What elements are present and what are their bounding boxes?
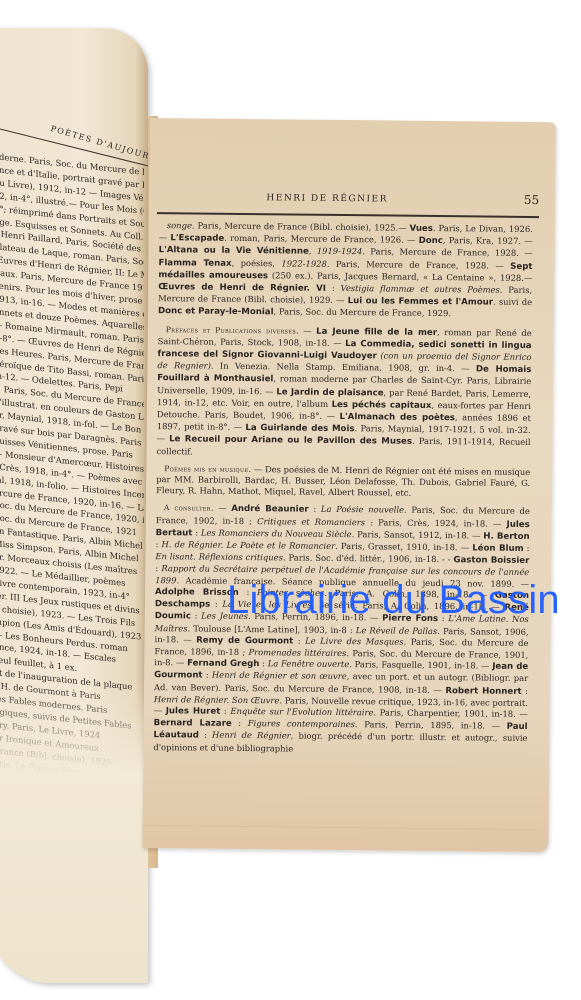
left-page-line: ary. Paris, Le Livre, 1924 [0, 718, 144, 747]
left-page-line: r H. de Gourmont à Paris [0, 679, 144, 708]
work-title: Robert Honnert [445, 686, 521, 697]
work-title: H. Berton [483, 531, 529, 541]
watermark: Librairie du Bassin [227, 578, 560, 623]
work-title: L'Almanach des poètes [340, 412, 455, 423]
left-page-line: France (Bibl. choisie), 1925 [0, 744, 144, 773]
work-title: André Beaunier [231, 504, 309, 515]
bibliography-text: songe. Paris, Mercure de France (Bibl. c… [153, 220, 533, 763]
italic-title: Le Réveil de Pallas [356, 625, 438, 636]
text-run: . Paris, Mercure de France (Bibl. choisi… [192, 220, 410, 232]
section-label: A consulter [164, 504, 211, 513]
work-title: Œuvres de Henri de Régnier. VI [158, 282, 326, 294]
work-title: Vues [409, 224, 433, 234]
running-head: HENRI DE RÉGNIER 55 [155, 188, 539, 214]
text-run: : [203, 670, 212, 680]
bibliography-paragraph: A consulter. — André Beaunier : La Poési… [153, 503, 530, 757]
text-run: , Paris, Soc. du Mercure de France, 1929… [274, 307, 452, 319]
left-page-line: mans. Paris, Albin Michel [0, 783, 144, 812]
work-title: Le Jardin de plaisance [276, 387, 383, 398]
text-run: (250 ex.). Paris, Jacques Bernard, « La … [268, 270, 532, 283]
running-head-title: HENRI DE RÉGNIER [155, 192, 499, 206]
text-run: : [293, 635, 305, 645]
work-title: Les péchés capitaux [332, 400, 432, 411]
text-run: . Paris, Mercure de France, 1928. — [327, 258, 510, 270]
left-page-line: Régnier. V. Poèmes divers [0, 795, 144, 824]
italic-title: 1919-1924 [317, 246, 363, 256]
italic-title: Figures contemporaines [248, 718, 355, 729]
text-run: : [232, 718, 248, 728]
italic-title: Les Romanciers du Nouveau Siècle [201, 527, 352, 539]
text-run: : [326, 283, 341, 293]
text-run: . In Venezia. Nella Stamp. Emiliana, 190… [211, 361, 476, 374]
italic-title: 1922-1928 [281, 258, 327, 268]
italic-title: songe [167, 220, 192, 230]
left-page-line: aris, Le Prisme Français [0, 757, 144, 786]
italic-title: H. de Régnier. Le Poète et le Romancier [161, 539, 335, 551]
text-run: , Paris, Kra, 1927. — [443, 235, 533, 246]
italic-title: Henri de Régnier et son œuvre [212, 670, 347, 681]
text-run: . Toulouse [L'Ame Latine], 1903, in-8 : [187, 623, 355, 635]
work-title: La Guirlande des Mois [245, 423, 354, 434]
work-title: Le Recueil pour Ariane ou le Pavillon de… [169, 435, 412, 448]
italic-title: Promenades littéraires [248, 647, 346, 658]
book-photo: POÈTES D'AUJOURD'HUI oderne. Paris, Soc.… [0, 0, 581, 1000]
text-run: : Paris, Crès, 1924, in-18. — [365, 517, 507, 528]
italic-title: Henri de Régnier [212, 730, 291, 741]
text-run: : [522, 685, 528, 695]
work-title: Léon Blum [472, 543, 523, 554]
italic-title: Le Livre des Masques [305, 635, 404, 646]
italic-title: La Poésie nouvelle [321, 504, 404, 515]
text-run: . Paris, Perrin, 1895, in-18. — [355, 719, 507, 731]
work-title: La Jeune fille de la mer [316, 326, 437, 337]
work-title: Jules Huret [166, 706, 221, 717]
left-page-text: oderne. Paris, Soc. du Mercure de France… [0, 158, 144, 816]
text-run: . — [296, 325, 316, 335]
text-run: . Paris, Charpentier, 1901, in-18. — [373, 707, 527, 719]
section-label: Préfaces et Publications diverses [166, 325, 296, 335]
left-page-line: les Fables modernes. Paris [0, 692, 144, 721]
text-run: : [524, 543, 530, 553]
right-page: HENRI DE RÉGNIER 55 songe. Paris, Mercur… [142, 118, 556, 852]
bibliography-paragraph: songe. Paris, Mercure de France (Bibl. c… [158, 220, 533, 322]
work-title: Gaston Boissier [453, 555, 529, 566]
bibliography-paragraph: Poèmes mis en musique. — Des poésies de … [156, 463, 530, 501]
italic-title: En lisant. Réflexions critiques [155, 551, 283, 562]
text-run: : [220, 706, 230, 716]
work-title: Remy de Gourmont [196, 635, 293, 646]
section-label: Poèmes mis en musique [164, 464, 248, 474]
italic-title: Critiques et Romanciers [257, 516, 365, 527]
italic-title: Enquête sur l'Evolution littéraire [230, 706, 373, 717]
text-run: : [309, 504, 321, 514]
page-fold-line [143, 825, 537, 830]
work-title: Lui ou les Femmes et l'Amour [348, 296, 493, 308]
page-number: 55 [524, 193, 539, 207]
work-title: L'Escapade [170, 233, 224, 244]
text-run: . roman, Paris, Mercure de France, 1926.… [224, 233, 418, 245]
text-run: . Paris, Mercure de France, 1928. — [362, 247, 532, 259]
italic-title: Henri de Régnier. Son Œuvre [154, 694, 280, 705]
bibliography-paragraph: Préfaces et Publications diverses. — La … [156, 324, 531, 461]
left-page-line: e Mercure de France, 1925 [0, 770, 144, 799]
left-page-line: er Ironique et Amoureux [0, 731, 144, 760]
work-title: Fernand Gregh [187, 659, 259, 670]
italic-title: La Fenêtre ouverte [268, 658, 350, 669]
work-title: L'Altana ou la Vie Vénitienne [159, 246, 309, 258]
work-title: Flamma Tenax [158, 258, 231, 269]
work-title: Donc [419, 236, 443, 246]
text-run: : [210, 599, 222, 609]
left-page-line: ugiques, suivis de Petites Fables [0, 705, 144, 734]
left-page-curled: POÈTES D'AUJOURD'HUI oderne. Paris, Soc.… [0, 28, 148, 983]
text-run: . Paris, Grasset, 1910, in-18. — [335, 541, 472, 552]
text-run: . — [211, 503, 232, 513]
work-title: Donc et Paray-le-Monial [158, 307, 274, 318]
text-run: . Paris. Soc. d'éd. littér., 1906, in-18… [283, 553, 454, 565]
italic-title: Vestigia flammæ et autres Poèmes [341, 283, 500, 295]
text-run: : [191, 611, 201, 621]
text-run: . Paris, Sansot, 1912, in-18. — [352, 529, 484, 540]
text-run: , poésies, [232, 257, 282, 268]
text-run: : [199, 730, 212, 740]
work-title: Bernard Lazare [154, 718, 232, 729]
text-run: . suivi de [493, 297, 532, 307]
text-run: . Paris, Fasquelle, 1901, in-18. — [349, 659, 492, 670]
